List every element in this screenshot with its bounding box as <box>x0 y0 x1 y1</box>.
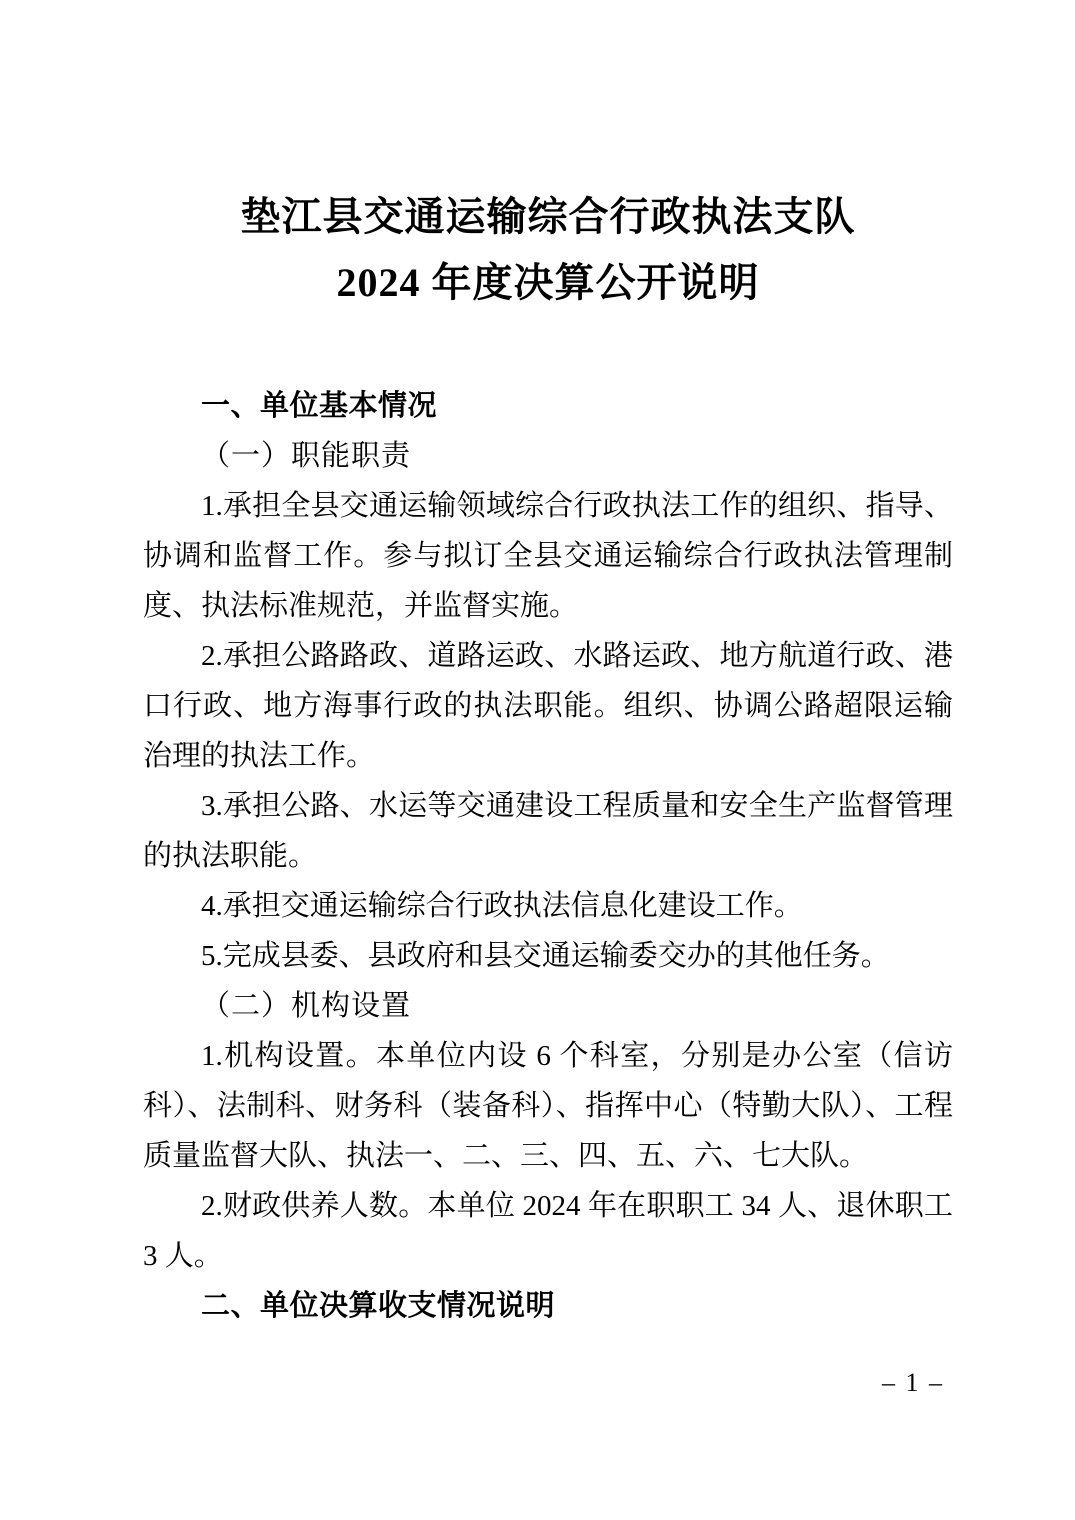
sub-heading: （一）职能职责 <box>143 431 953 481</box>
document-title: 垫江县交通运输综合行政执法支队 2024 年度决算公开说明 <box>143 184 953 316</box>
section-heading: 一、单位基本情况 <box>143 381 953 431</box>
section-heading: 二、单位决算收支情况说明 <box>143 1281 953 1331</box>
body-paragraph: 1.机构设置。本单位内设 6 个科室，分别是办公室（信访科）、法制科、财务科（装… <box>143 1031 953 1181</box>
body-paragraph: 4.承担交通运输综合行政执法信息化建设工作。 <box>143 881 953 931</box>
page-number: – 1 – <box>882 1368 944 1398</box>
document-title-line-1: 垫江县交通运输综合行政执法支队 <box>143 184 953 250</box>
sub-heading: （二）机构设置 <box>143 981 953 1031</box>
body-paragraph: 2.财政供养人数。本单位 2024 年在职职工 34 人、退休职工 3 人。 <box>143 1181 953 1281</box>
body-paragraph: 2.承担公路路政、道路运政、水路运政、地方航道行政、港口行政、地方海事行政的执法… <box>143 631 953 781</box>
body-paragraph: 3.承担公路、水运等交通建设工程质量和安全生产监督管理的执法职能。 <box>143 781 953 881</box>
document-page: 垫江县交通运输综合行政执法支队 2024 年度决算公开说明 一、单位基本情况 （… <box>0 0 1075 1520</box>
body-paragraph: 5.完成县委、县政府和县交通运输委交办的其他任务。 <box>143 931 953 981</box>
document-body: 一、单位基本情况 （一）职能职责 1.承担全县交通运输领域综合行政执法工作的组织… <box>143 381 953 1331</box>
body-paragraph: 1.承担全县交通运输领域综合行政执法工作的组织、指导、协调和监督工作。参与拟订全… <box>143 481 953 631</box>
document-title-line-2: 2024 年度决算公开说明 <box>143 250 953 316</box>
